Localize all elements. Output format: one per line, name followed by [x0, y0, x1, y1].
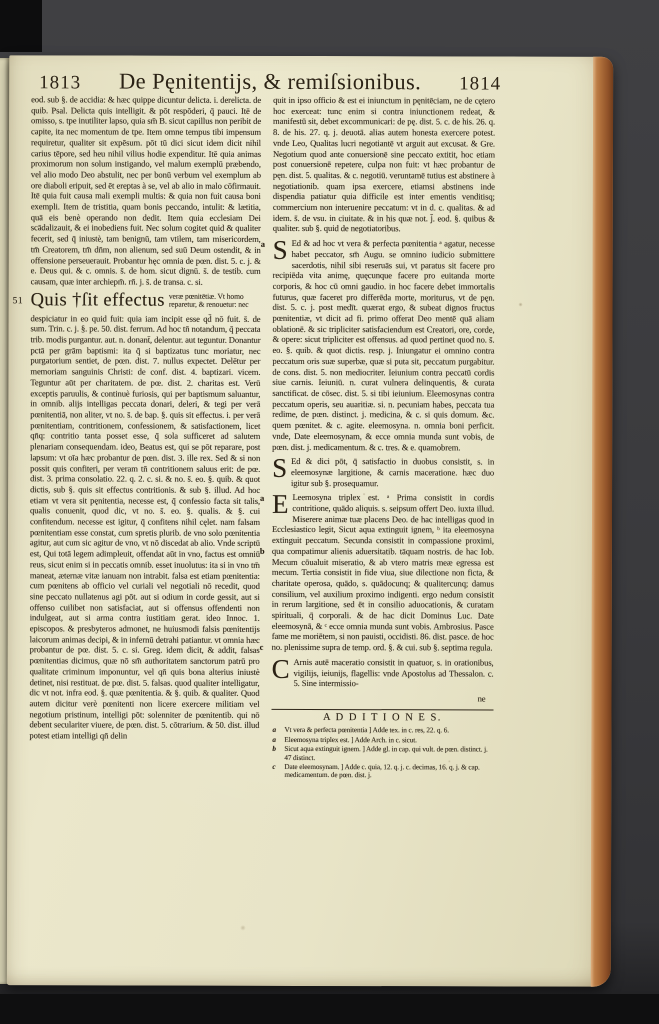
heading-text: Quis †ſit effectus [31, 291, 165, 310]
book-page: 1813 De Pęnitentijs, & remiſsionibus. 18… [7, 55, 613, 987]
footnote-margin-letter: b [260, 546, 265, 557]
additiones-entry-letter: a [272, 736, 276, 744]
photo-of-book-page: { "page": { "background_color": "#3a3a3d… [0, 0, 659, 1024]
page-title: De Pęnitentijs, & remiſsionibus. [81, 68, 459, 95]
additiones-entry: bSicut aqua extinguit ignem. ] Adde gl. … [271, 745, 493, 762]
additiones-entry-letter: c [272, 763, 275, 771]
additiones-entry: aVt vera & perfecta pœnitentia ] Adde te… [271, 726, 493, 735]
paragraph-dropcap: CArnis autē maceratio consistit in quatu… [272, 657, 494, 690]
text-column-left: eod. sub §. de accidia: & hæc quippe dic… [29, 94, 261, 745]
text-column-right: quit in ipso officio & est ei iniunctum … [271, 95, 495, 781]
heading-side-note: veræ pœnitētiæ. Vt homoreparetur, & reno… [169, 292, 249, 310]
section-heading: 51Quis †ſit effectusveræ pœnitētiæ. Vt h… [31, 291, 261, 311]
drop-cap-initial: S [273, 238, 292, 261]
folio-number-left: 1813 [39, 72, 81, 94]
additiones-title: A D D I T I O N E S. [271, 713, 493, 724]
additiones-entry-letter: b [272, 745, 276, 753]
additiones-entry-letter: a [272, 726, 276, 734]
drop-cap-initial: E [272, 492, 292, 515]
additiones-entry: cDate eleemosynam. ] Adde c. quia, 12. q… [271, 763, 493, 780]
paragraph-dropcap: aSEd & ad hoc vt vera & perfecta pœniten… [272, 238, 495, 453]
heading-side-line: reparetur, & renouetur: nec [169, 301, 249, 310]
additiones-rule [272, 709, 494, 711]
catchword: ne [272, 693, 494, 704]
footnote-margin-letter: a [261, 239, 265, 250]
footnote-margin-letter: c [260, 642, 264, 653]
footnote-margin-letter: a [260, 493, 264, 504]
running-header: 1813 De Pęnitentijs, & remiſsionibus. 18… [39, 68, 501, 95]
heading-margin-number: 51 [13, 296, 24, 307]
drop-cap-initial: S [272, 456, 291, 479]
photo-background-corner [0, 0, 42, 52]
right-column-text: quit in ipso officio & est ei iniunctum … [272, 95, 496, 690]
additiones-entries: aVt vera & perfecta pœnitentia ] Adde te… [271, 726, 493, 780]
paragraph-dropcap: abcELeemosyna triplex est. ᵃ Prima consi… [272, 492, 494, 653]
paragraph-dropcap: SEd & dici pōt, q̄ satisfactio in duobus… [272, 456, 494, 489]
folio-number-right: 1814 [459, 73, 501, 95]
drop-cap-initial: C [272, 657, 294, 680]
paragraph: quit in ipso officio & est ei iniunctum … [273, 95, 495, 235]
paragraph: despiciatur in eo quid fuit: quia iam in… [29, 313, 260, 742]
paragraph: eod. sub §. de accidia: & hæc quippe dic… [31, 94, 262, 287]
book-fore-edge [591, 57, 613, 987]
additiones-entry: aEleemosyna triplex est. ] Adde Arch. in… [271, 736, 493, 745]
photo-background-bottom [0, 994, 659, 1024]
